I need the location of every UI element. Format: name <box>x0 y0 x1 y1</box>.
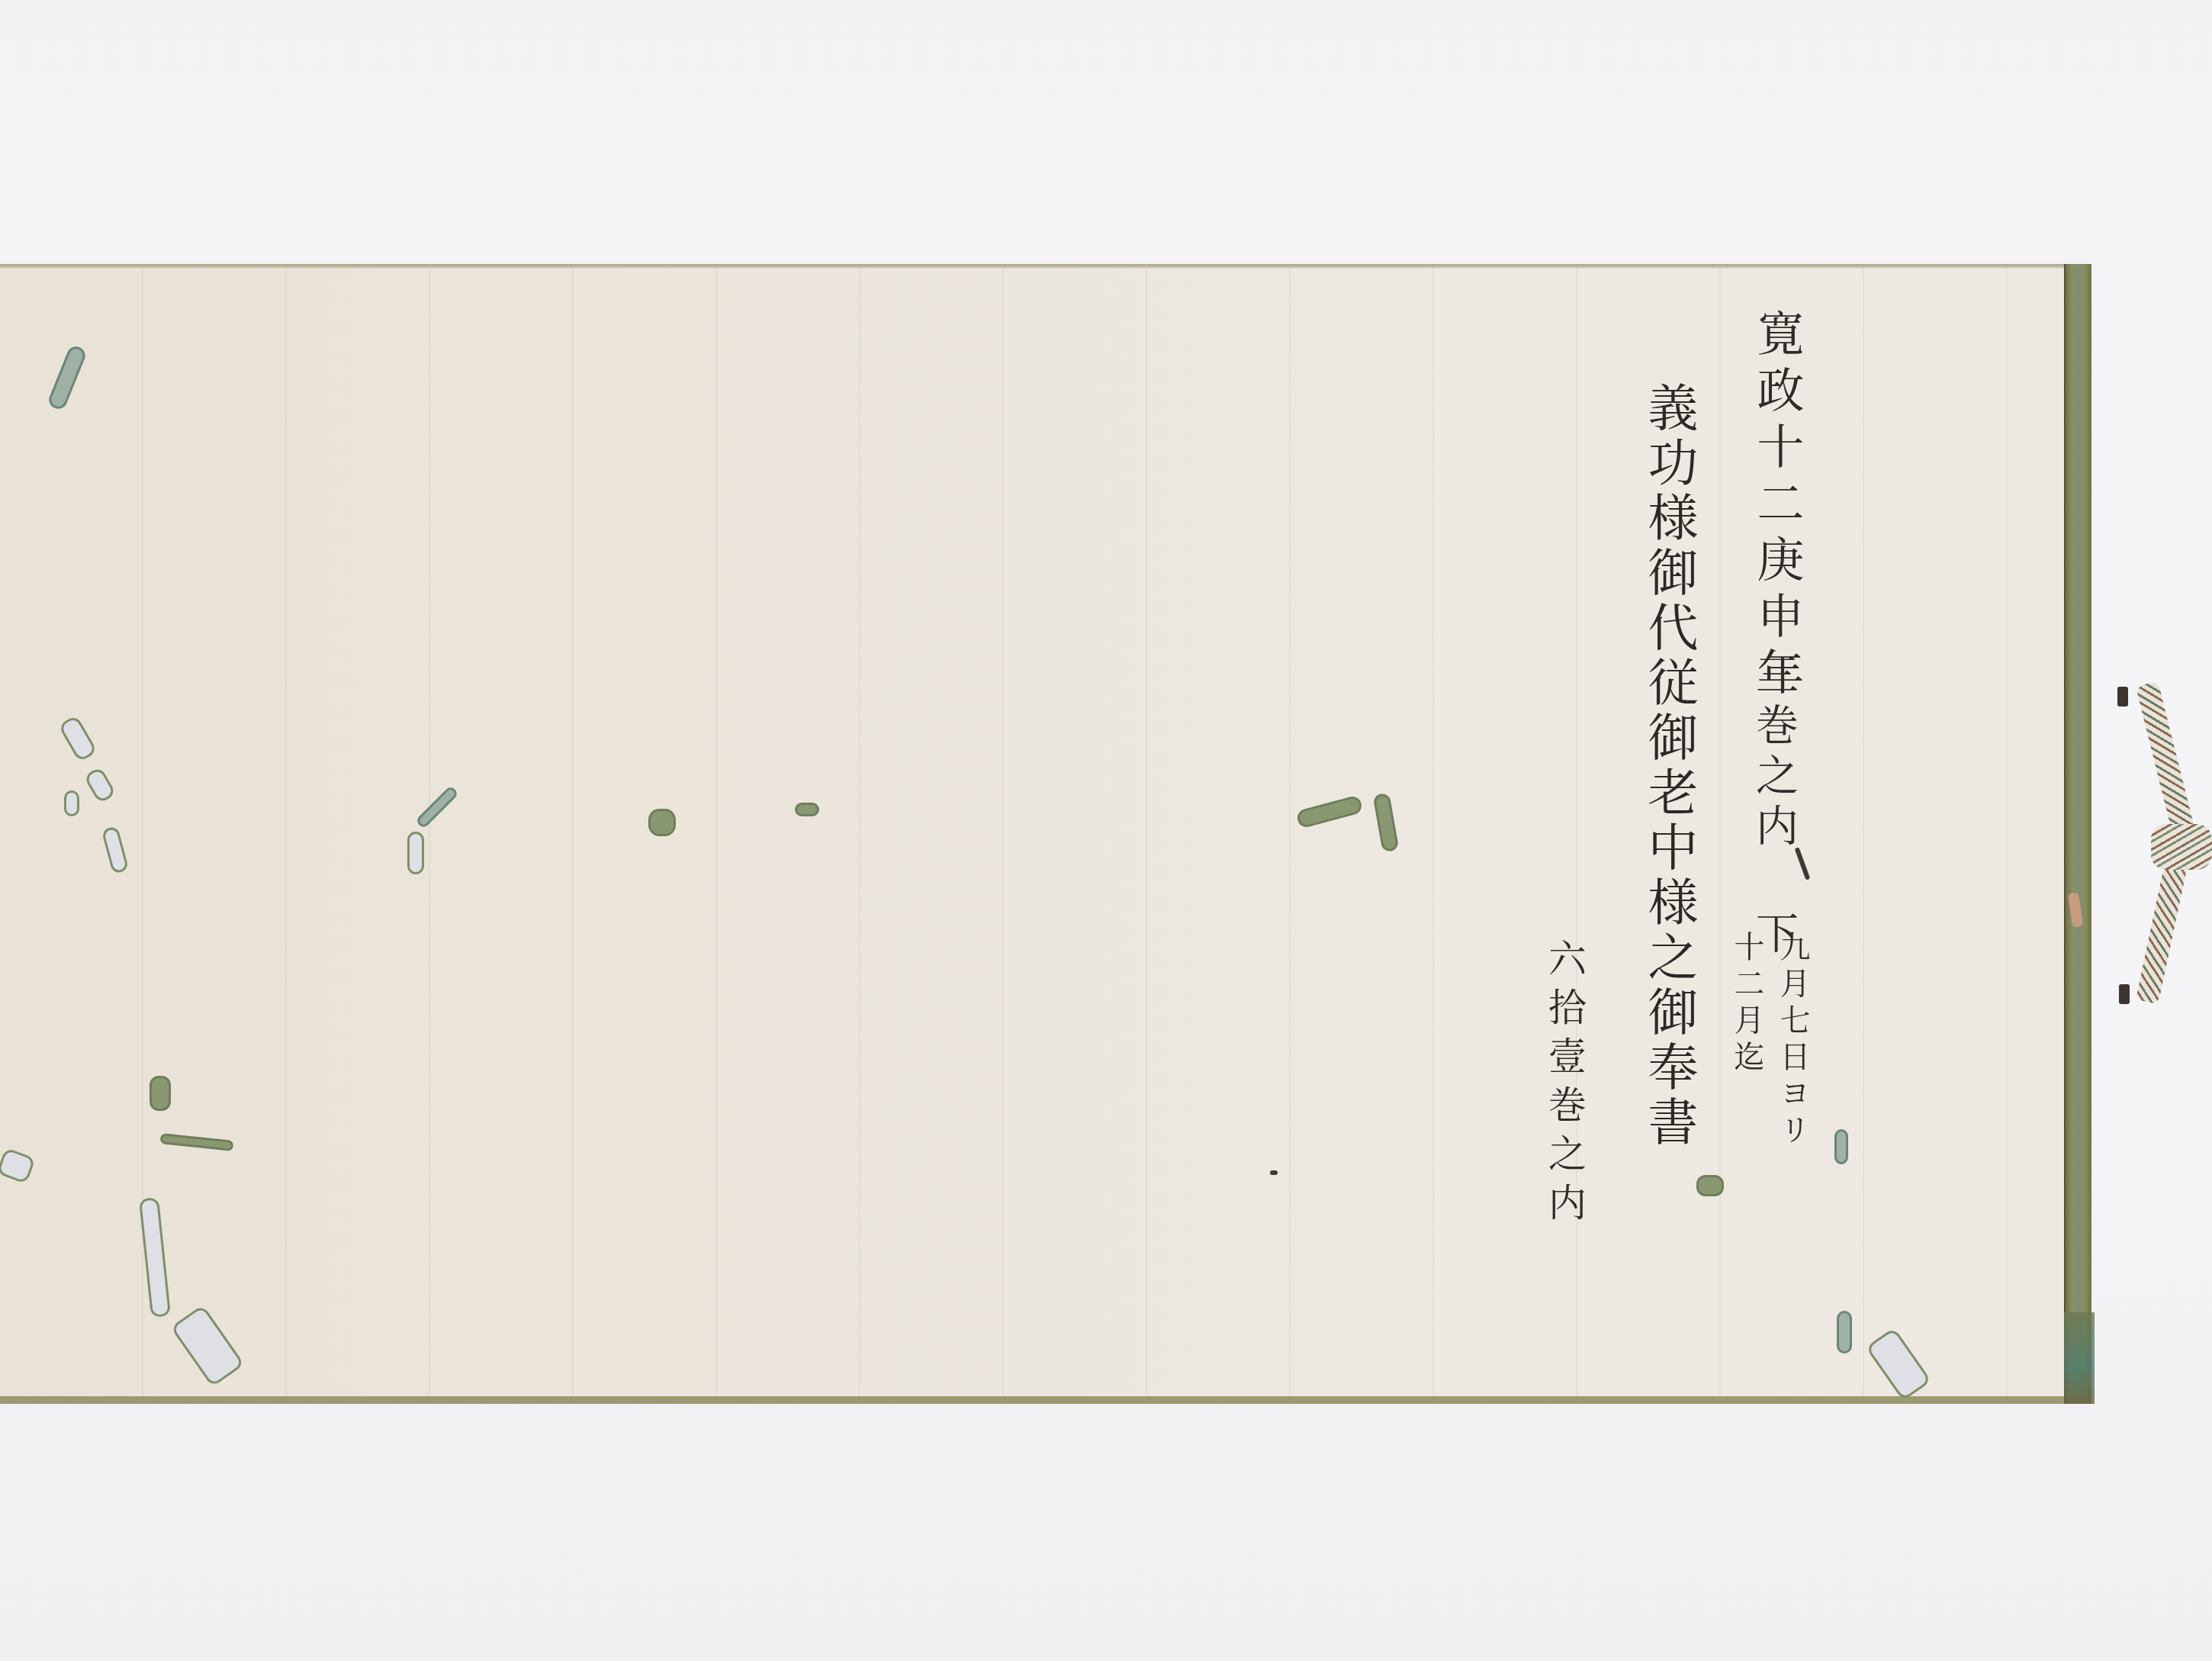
title-line-1: 寛政十二庚申年 <box>1743 309 1811 704</box>
tie-cord[interactable] <box>2120 687 2212 1007</box>
date-annotation-start: 九月七日ヨリ <box>1771 931 1815 1151</box>
scroll-top-edge <box>0 264 2064 269</box>
wormhole <box>1837 1311 1852 1354</box>
title-line-3: 六拾壹巻之内 <box>1537 938 1592 1231</box>
wormhole <box>1696 1175 1724 1196</box>
wormhole <box>1834 1129 1848 1164</box>
date-annotation-end: 十二月迄 <box>1725 931 1769 1077</box>
title-line-1-volume: 三巻之内 下 <box>1743 652 1804 961</box>
silk-wear-patch <box>2064 1312 2095 1404</box>
cord-strand-upper <box>2136 681 2194 835</box>
wormhole-trail <box>648 809 676 836</box>
ink-speck <box>1270 1170 1278 1175</box>
wormhole <box>150 1076 171 1111</box>
silk-mounting-border <box>2064 264 2091 1404</box>
cord-anchor-bottom <box>2119 984 2130 1004</box>
wormhole <box>64 790 79 816</box>
wormhole <box>407 832 424 874</box>
wormhole-trail <box>795 803 819 816</box>
scroll-bottom-edge <box>0 1396 2064 1404</box>
cord-knot <box>2151 824 2212 870</box>
title-line-2: 義功様御代従御老中様之御奉書 <box>1632 381 1705 1151</box>
cord-anchor-top <box>2117 687 2128 707</box>
